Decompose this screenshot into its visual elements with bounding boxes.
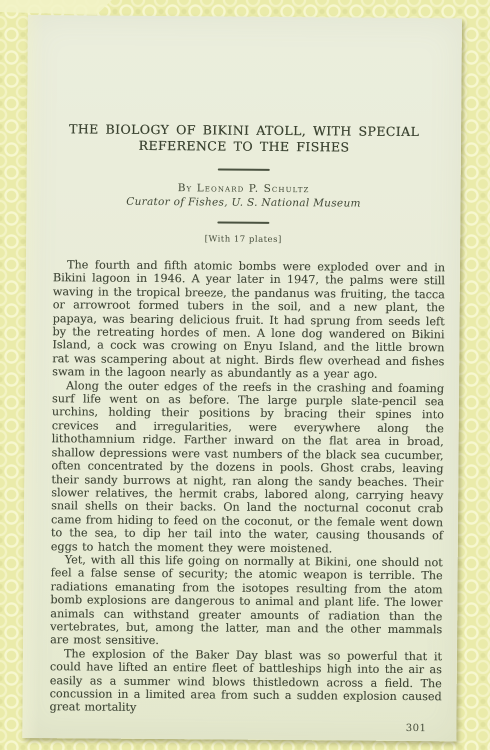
book-page: THE BIOLOGY OF BIKINI ATOLL, WITH SPECIA… bbox=[22, 15, 462, 741]
separator-rule-bottom bbox=[217, 221, 269, 223]
endpaper-corner-flap bbox=[0, 0, 112, 15]
page-number: 301 bbox=[22, 720, 456, 734]
paragraph-1: The fourth and fifth atomic bombs were e… bbox=[52, 258, 445, 382]
article-body: The fourth and fifth atomic bombs were e… bbox=[23, 258, 461, 717]
article-title-line-1: THE BIOLOGY OF BIKINI ATOLL, WITH SPECIA… bbox=[27, 121, 461, 140]
paragraph-3: Yet, with all this life going on normall… bbox=[50, 553, 443, 650]
photographed-book-on-endpaper: THE BIOLOGY OF BIKINI ATOLL, WITH SPECIA… bbox=[0, 0, 490, 750]
paragraph-4: The explosion of the Baker Day blast was… bbox=[50, 647, 443, 717]
plates-note: [With 17 plates] bbox=[26, 233, 460, 246]
author-role: Curator of Fishes, U. S. National Museum bbox=[26, 195, 460, 210]
article-title-line-2: REFERENCE TO THE FISHES bbox=[27, 137, 461, 156]
separator-rule-top bbox=[218, 168, 270, 170]
paragraph-2: Along the outer edges of the reefs in th… bbox=[51, 379, 444, 556]
byline: By Leonard P. Schultz bbox=[27, 181, 461, 196]
article-title: THE BIOLOGY OF BIKINI ATOLL, WITH SPECIA… bbox=[27, 121, 461, 156]
